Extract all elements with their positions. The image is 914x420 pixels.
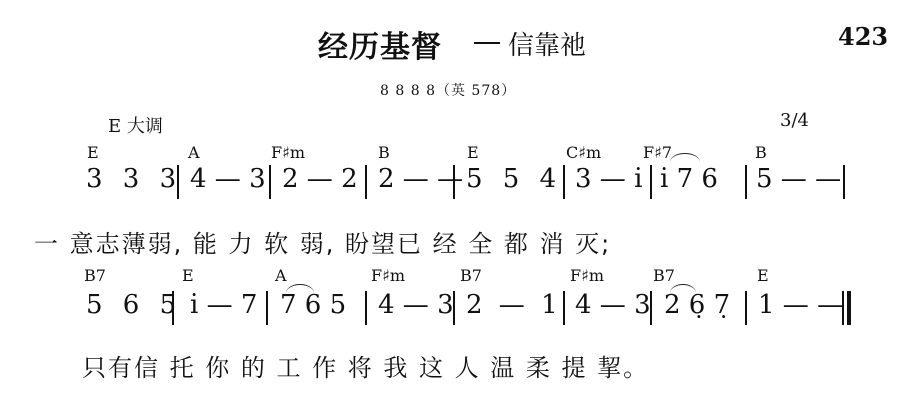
time-signature: 3/4: [780, 110, 809, 131]
barline: [269, 165, 271, 199]
hymn-subtitle: 信靠祂: [508, 25, 586, 62]
chord-symbol: A: [275, 266, 287, 285]
measure: 5 6 5: [86, 290, 182, 320]
barline: [745, 291, 747, 325]
measure: 2 6̣ 7̣: [664, 290, 730, 320]
chord-symbol: B7: [84, 266, 106, 285]
measure: 3 — i̇: [575, 164, 642, 194]
lyrics-line: 只有信 托 你 的 工 作 将 我 这 人 温 柔 提 挈。: [82, 348, 649, 383]
measure: 5 5 4: [466, 164, 562, 194]
measure: i̇ — 7: [190, 290, 257, 320]
hymn-number: 423: [838, 22, 888, 51]
measure: 2 — 1: [466, 290, 562, 320]
final-barline-thick: [847, 291, 851, 325]
final-barline-thin: [842, 291, 844, 325]
barline: [650, 165, 652, 199]
chord-symbol: E: [467, 143, 479, 162]
barline: [745, 165, 747, 199]
title-dash: [474, 42, 500, 44]
chord-symbol: E: [182, 266, 194, 285]
chord-symbol: B7: [460, 266, 482, 285]
measure: 4 — 3: [378, 290, 454, 320]
barline: [563, 165, 565, 199]
chord-symbol: B: [755, 143, 767, 162]
chord-symbol: F♯m: [570, 266, 604, 285]
chord-symbol: B7: [653, 266, 675, 285]
lyrics-line: 一 意志薄弱, 能 力 软 弱, 盼望已 经 全 都 消 灭;: [34, 224, 611, 259]
measure: 7 6 5: [280, 290, 346, 320]
barline: [843, 165, 845, 199]
measure: 2 — 2: [282, 164, 358, 194]
measure: 4 — 3: [190, 164, 266, 194]
barline: [266, 291, 268, 325]
barline: [453, 291, 455, 325]
chord-symbol: E: [757, 266, 769, 285]
chord-symbol: B: [378, 143, 390, 162]
barline: [365, 291, 367, 325]
chord-symbol: A: [188, 143, 200, 162]
barline: [453, 165, 455, 199]
measure: 1 — —: [758, 290, 843, 320]
barline: [563, 291, 565, 325]
chord-symbol: F♯m: [371, 266, 405, 285]
chord-symbol: E: [87, 143, 99, 162]
barline: [365, 165, 367, 199]
measure: 4 — 3: [575, 290, 651, 320]
barline: [650, 291, 652, 325]
meter-info: 8 8 8 8（英 578）: [380, 80, 516, 100]
measure: 5 — —: [756, 164, 841, 194]
barline: [172, 291, 174, 325]
hymn-title: 经历基督: [318, 22, 442, 66]
chord-symbol: F♯m: [271, 143, 305, 162]
barline: [177, 165, 179, 199]
tie: [670, 153, 700, 162]
chord-symbol: F♯7: [643, 143, 672, 162]
chord-symbol: C♯m: [566, 143, 601, 162]
measure: 3 3 3: [86, 164, 182, 194]
measure: 2 — —: [378, 164, 463, 194]
key-signature: E 大调: [108, 112, 163, 138]
measure: i̇ 7 6: [660, 164, 718, 194]
